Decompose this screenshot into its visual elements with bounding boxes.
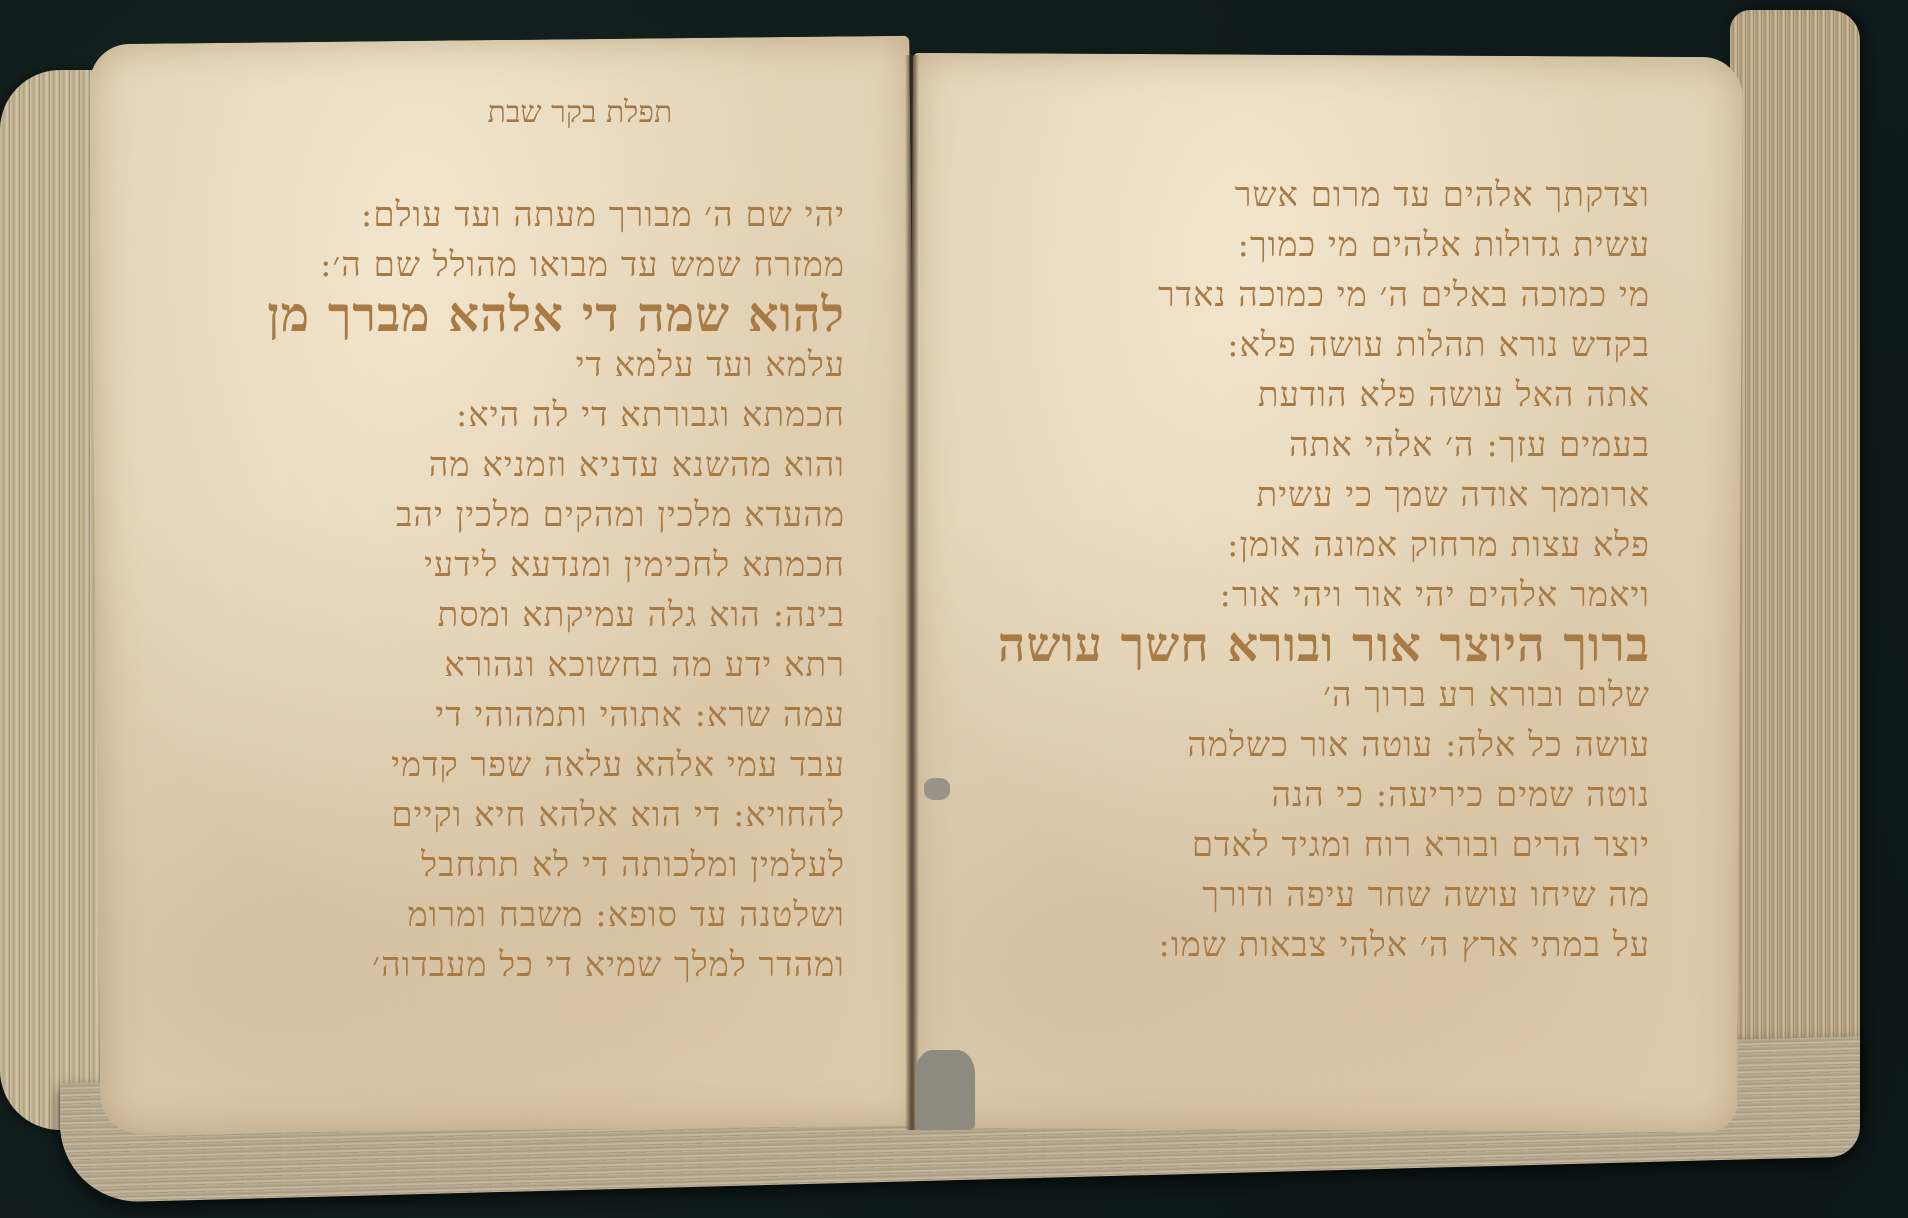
text-line: עמה שרא: אתוהי ותמהוהי די xyxy=(185,690,845,740)
text-line-decorated: ברוך היוצר אור ובורא חשך עושה xyxy=(1000,620,1650,670)
text-line: וצדקתך אלהים עד מרום אשר xyxy=(1000,170,1650,220)
photo-scene: תפלת בקר שבת יהי שם ה׳ מבורך מעתה ועד עו… xyxy=(0,0,1908,1218)
text-line: ארוממך אודה שמך כי עשית xyxy=(1000,470,1650,520)
text-line: נוטה שמים כיריעה: כי הנה xyxy=(1000,770,1650,820)
text-line: שלום ובורא רע ברוך ה׳ xyxy=(1000,670,1650,720)
text-line: מה שיחו עושה שחר עיפה ודורך xyxy=(1000,870,1650,920)
text-line: בקדש נורא תהלות עושה פלא: xyxy=(1000,320,1650,370)
text-line: על במתי ארץ ה׳ אלהי צבאות שמו: xyxy=(1000,920,1650,970)
text-line: עושה כל אלה: עוטה אור כשלמה xyxy=(1000,720,1650,770)
text-line: ומהדר למלך שמיא די כל מעבדוה׳ xyxy=(185,940,845,990)
text-line: יהי שם ה׳ מבורך מעתה ועד עולם: xyxy=(185,190,845,240)
text-line: להחויא: די הוא אלהא חיא וקיים xyxy=(185,790,845,840)
binding-stitch xyxy=(924,778,950,800)
text-line: מי כמוכה באלים ה׳ מי כמוכה נאדר xyxy=(1000,270,1650,320)
text-line: חכמתא וגבורתא די לה היא: xyxy=(185,390,845,440)
text-line: מהעדא מלכין ומהקים מלכין יהב xyxy=(185,490,845,540)
text-line: ויאמר אלהים יהי אור ויהי אור: xyxy=(1000,570,1650,620)
book-gutter xyxy=(905,55,919,1130)
text-line: יוצר הרים ובורא רוח ומגיד לאדם xyxy=(1000,820,1650,870)
text-line: פלא עצות מרחוק אמונה אומן: xyxy=(1000,520,1650,570)
text-line: בינה: הוא גלה עמיקתא ומסת xyxy=(185,590,845,640)
text-line: והוא מהשנא עדניא וזמניא מה xyxy=(185,440,845,490)
spine-tab xyxy=(915,1050,975,1130)
page-title: תפלת בקר שבת xyxy=(380,95,780,130)
book-fore-edge-right xyxy=(1730,10,1860,1130)
text-line: ושלטנה עד סופא: משבח ומרומ xyxy=(185,890,845,940)
text-line: חכמתא לחכימין ומנדעא לידעי xyxy=(185,540,845,590)
text-line: אתה האל עושה פלא הודעת xyxy=(1000,370,1650,420)
text-line: ממזרח שמש עד מבואו מהולל שם ה׳: xyxy=(185,240,845,290)
text-line: עשית גדולות אלהים מי כמוך: xyxy=(1000,220,1650,270)
left-page-text: יהי שם ה׳ מבורך מעתה ועד עולם: ממזרח שמש… xyxy=(185,190,845,990)
text-line: עלמא ועד עלמא די xyxy=(185,340,845,390)
text-line: לעלמין ומלכותה די לא תתחבל xyxy=(185,840,845,890)
text-line: רתא ידע מה בחשוכא ונהורא xyxy=(185,640,845,690)
text-line: עבד עמי אלהא עלאה שפר קדמי xyxy=(185,740,845,790)
text-line: בעמים עזך: ה׳ אלהי אתה xyxy=(1000,420,1650,470)
right-page-text: וצדקתך אלהים עד מרום אשר עשית גדולות אלה… xyxy=(1000,170,1650,970)
text-line-decorated: להוא שמה די אלהא מברך מן xyxy=(185,290,845,340)
